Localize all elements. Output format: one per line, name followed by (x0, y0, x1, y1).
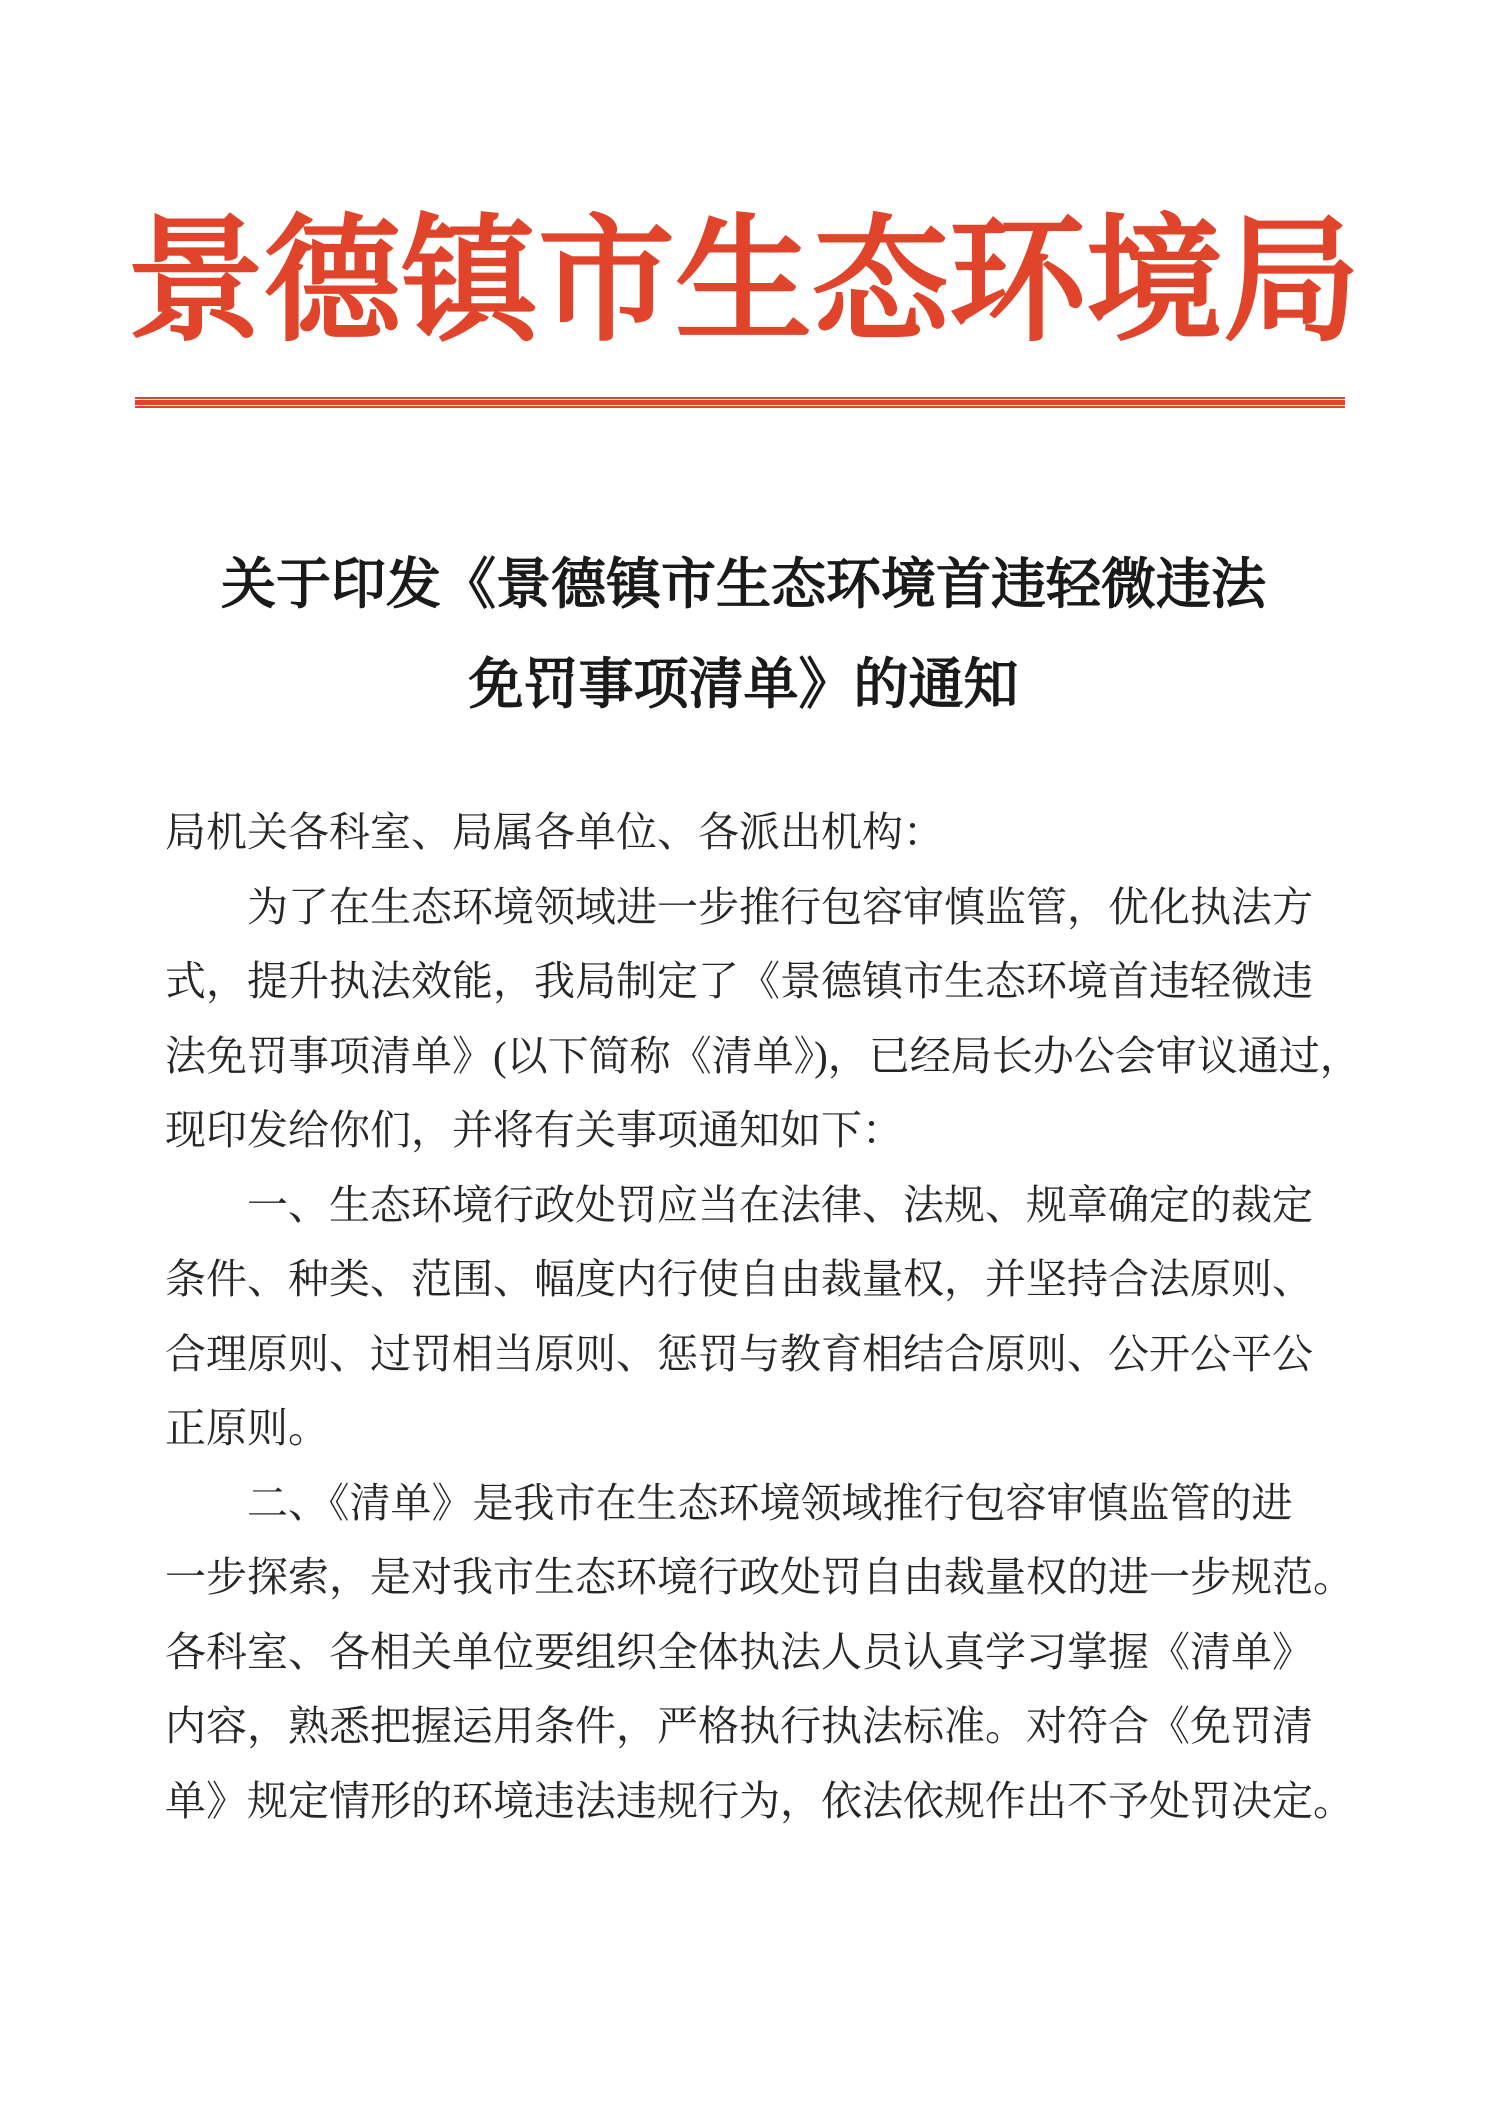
body-line-item-1: 一、生态环境行政处罚应当在法律、法规、规章确定的裁定 (165, 1168, 1315, 1243)
document-title-line-2: 免罚事项清单》的通知 (0, 635, 1487, 735)
document-title: 关于印发《景德镇市生态环境首违轻微违法 免罚事项清单》的通知 (0, 535, 1487, 735)
agency-name: 景德镇市生态环境局 (0, 200, 1487, 364)
body-line: 法免罚事项清单》(以下简称《清单》)，已经局长办公会审议通过， (165, 1019, 1315, 1094)
header-divider-line (135, 397, 1345, 408)
body-line: 现印发给你们，并将有关事项通知如下： (165, 1093, 1315, 1168)
body-line-item-2: 二、《清单》是我市在生态环境领域推行包容审慎监管的进 (165, 1466, 1315, 1541)
body-line: 式，提升执法效能，我局制定了《景德镇市生态环境首违轻微违 (165, 944, 1315, 1019)
body-line-salutation: 局机关各科室、局属各单位、各派出机构： (165, 795, 1315, 870)
document-title-line-1: 关于印发《景德镇市生态环境首违轻微违法 (0, 535, 1487, 635)
document-body: 局机关各科室、局属各单位、各派出机构： 为了在生态环境领域进一步推行包容审慎监管… (165, 795, 1315, 1838)
body-line: 内容，熟悉把握运用条件，严格执行执法标准。对符合《免罚清 (165, 1689, 1315, 1764)
body-line: 合理原则、过罚相当原则、惩罚与教育相结合原则、公开公平公 (165, 1317, 1315, 1392)
body-line: 单》规定情形的环境违法违规行为，依法依规作出不予处罚决定。 (165, 1764, 1315, 1839)
body-line: 条件、种类、范围、幅度内行使自由裁量权，并坚持合法原则、 (165, 1242, 1315, 1317)
document-page: 景德镇市生态环境局 关于印发《景德镇市生态环境首违轻微违法 免罚事项清单》的通知… (0, 0, 1487, 2102)
body-line: 一步探索，是对我市生态环境行政处罚自由裁量权的进一步规范。 (165, 1540, 1315, 1615)
body-line: 各科室、各相关单位要组织全体执法人员认真学习掌握《清单》 (165, 1615, 1315, 1690)
body-line: 正原则。 (165, 1391, 1315, 1466)
body-line: 为了在生态环境领域进一步推行包容审慎监管，优化执法方 (165, 870, 1315, 945)
